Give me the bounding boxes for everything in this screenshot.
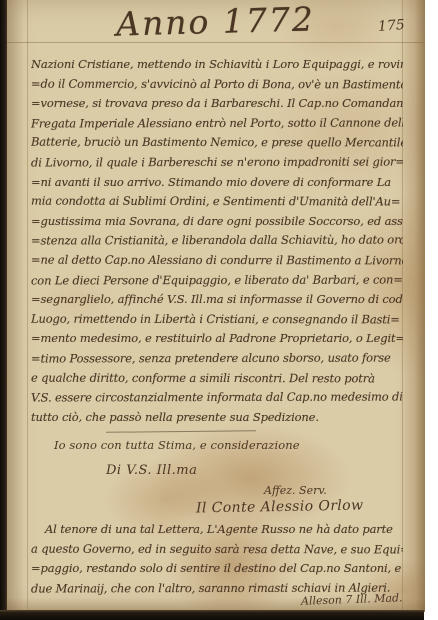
pen-flourish-line [106, 430, 256, 433]
text-line: Al tenore di una tal Lettera, L'Agente R… [31, 520, 403, 540]
text-line: Fregata Imperiale Alessiano entrò nel Po… [31, 113, 403, 134]
text-line: con Le dieci Persone d'Equipaggio, e lib… [31, 270, 403, 291]
text-line: di Livorno, il quale i Barbereschi se n'… [31, 152, 403, 173]
letter-body: Nazioni Cristiane, mettendo in Schiavitù… [31, 55, 403, 427]
left-margin-rule [27, 0, 28, 612]
signature-name: Il Conte Alessio Orlow [196, 498, 364, 517]
text-line: Batterie, bruciò un Bastimento Nemico, e… [31, 133, 403, 153]
text-line: V.S. essere circostanzialmente informata… [31, 388, 403, 409]
page-title: Anno 1772 [6, 0, 426, 46]
text-line: =segnarglielo, affinché V.S. Ill.ma si i… [31, 290, 403, 310]
salutation: Di V.S. Ill.ma [106, 463, 197, 478]
text-line: =stenza alla Cristianità, e liberandola … [31, 231, 403, 252]
text-line: =gustissima mia Sovrana, di dare ogni po… [31, 212, 403, 232]
bottom-scan-edge [0, 610, 424, 620]
text-line: e qualche diritto, conforme a simili ris… [31, 368, 403, 388]
text-line: =do il Commercio, s'avvicinò al Porto di… [31, 74, 403, 94]
text-line: Nazioni Cristiane, mettendo in Schiavitù… [31, 55, 403, 75]
text-line: =mento medesimo, e restituirlo al Padron… [31, 329, 403, 349]
valediction: Affez. Serv. [264, 484, 327, 497]
text-line: mia condotta ai Sublimi Ordini, e Sentim… [31, 192, 403, 212]
postscript: Al tenore di una tal Lettera, L'Agente R… [31, 520, 403, 598]
text-line: a questo Governo, ed in seguito sarà res… [31, 539, 403, 559]
text-line: Luogo, rimettendo in Libertà i Cristiani… [31, 309, 403, 329]
folio-number: 175 [377, 17, 405, 35]
binding-edge [0, 0, 7, 620]
manuscript-page: Anno 1772 175 Nazioni Cristiane, mettend… [6, 0, 425, 612]
text-line: =vornese, si trovava preso da i Barbares… [31, 94, 403, 114]
manuscript-scan: Anno 1772 175 Nazioni Cristiane, mettend… [0, 0, 438, 620]
text-line: =ne al detto Cap.no Alessiano di condurr… [31, 251, 403, 271]
text-line: =paggio, restando solo di sentire il des… [31, 559, 403, 579]
text-line: tutto ciò, che passò nella presente sua … [31, 408, 403, 428]
text-line: =timo Possessore, senza pretendere alcun… [31, 348, 403, 369]
closing-line: Io sono con tutta Stima, e considerazion… [54, 438, 300, 452]
text-line: =ni avanti il suo arrivo. Stimando mio d… [31, 173, 403, 193]
marginal-annotation: Alleson 7 Ill. Mad. [301, 591, 403, 608]
